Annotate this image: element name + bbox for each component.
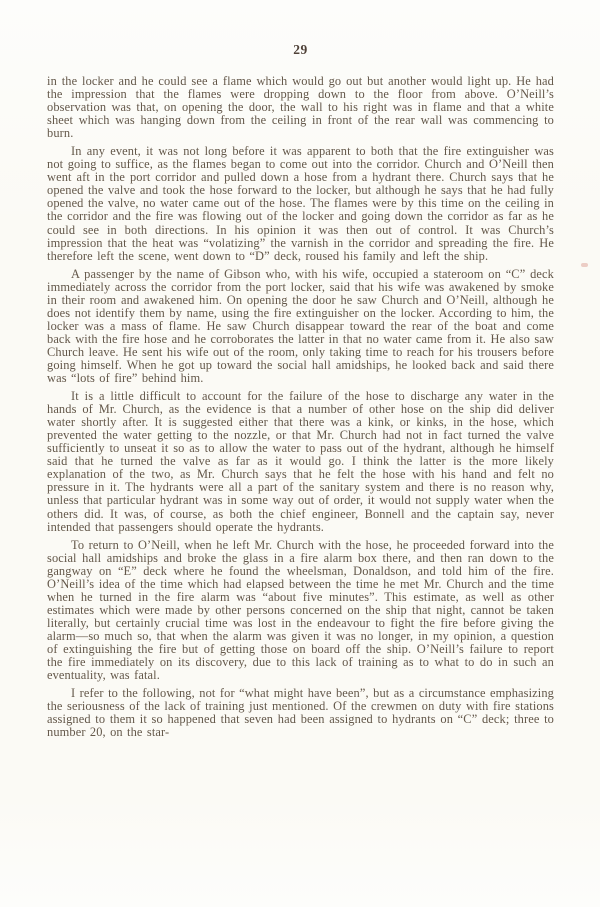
page-number: 29	[47, 42, 554, 58]
body-paragraph-gibson: A passenger by the name of Gibson who, w…	[47, 268, 554, 385]
scan-artifact-mark	[581, 263, 588, 267]
body-paragraph-oneill-alarm: To return to O’Neill, when he left Mr. C…	[47, 539, 554, 683]
body-paragraph-i-refer: I refer to the following, not for “what …	[47, 687, 554, 739]
scanned-page: 29 in the locker and he could see a flam…	[0, 0, 600, 907]
body-paragraph-in-any-event: In any event, it was not long before it …	[47, 145, 554, 262]
body-paragraph-hose-failure: It is a little difficult to account for …	[47, 390, 554, 534]
body-paragraph-continuation: in the locker and he could see a flame w…	[47, 75, 554, 140]
